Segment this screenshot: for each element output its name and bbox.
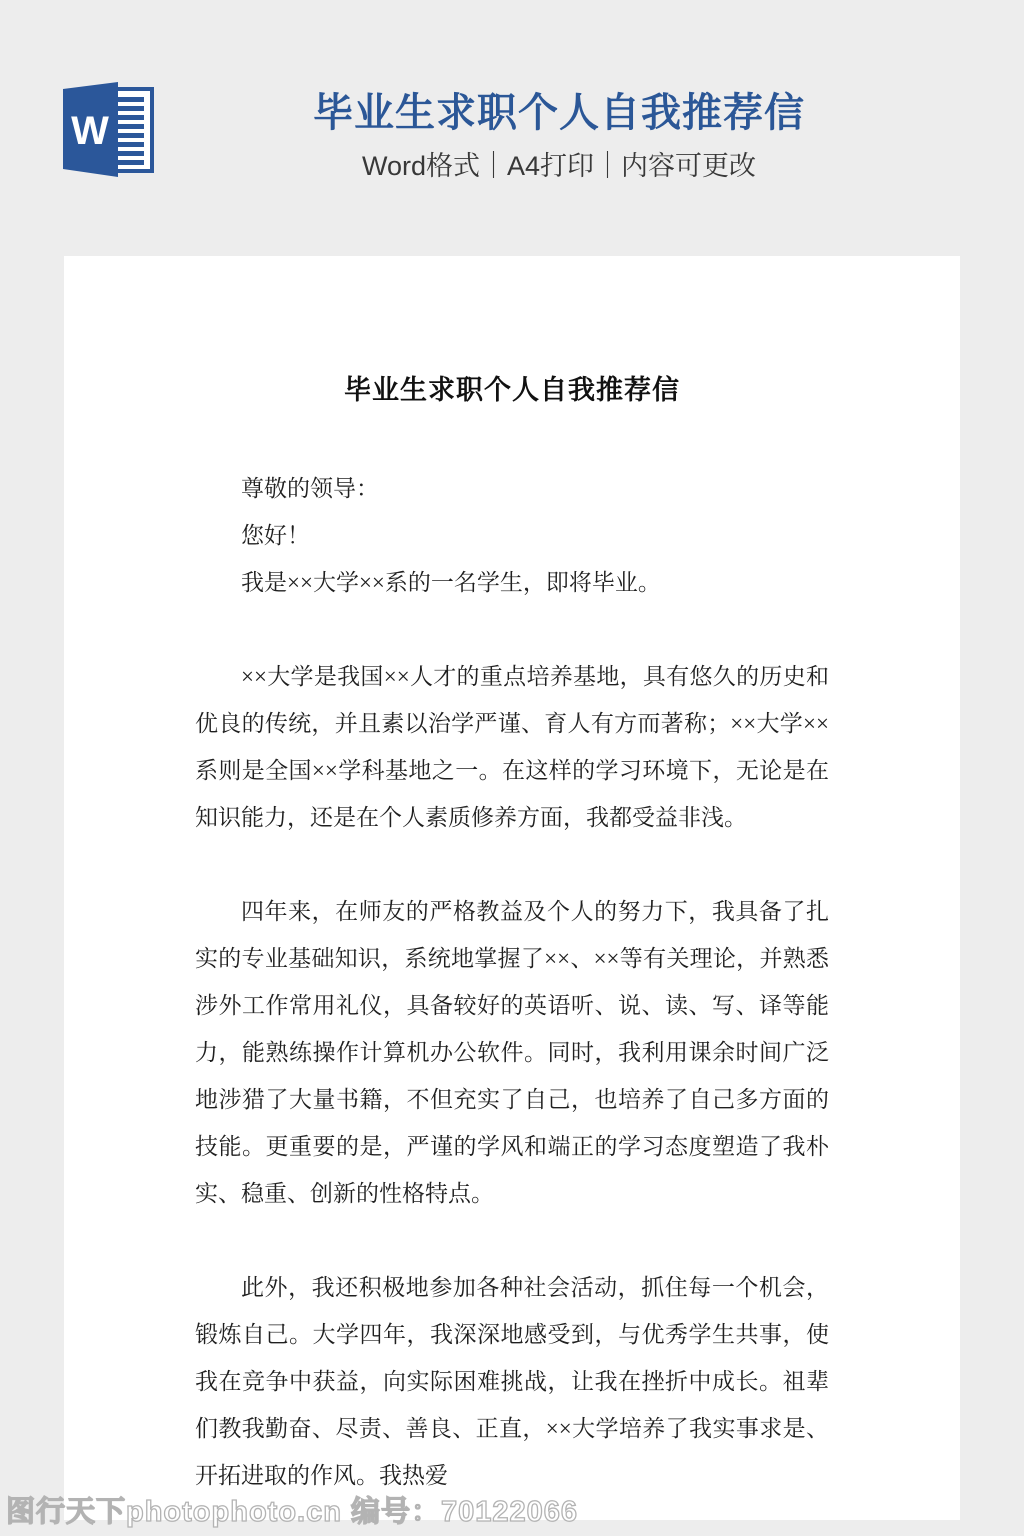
paragraph-university: ××大学是我国××人才的重点培养基地，具有悠久的历史和优良的传统，并且素以治学严… xyxy=(195,653,829,841)
document-content: 毕业生求职个人自我推荐信 尊敬的领导： 您好！ 我是××大学××系的一名学生，即… xyxy=(64,256,960,1520)
greeting-line-intro: 我是××大学××系的一名学生，即将毕业。 xyxy=(195,559,829,606)
word-icon: W xyxy=(60,82,158,178)
greeting-line-salutation: 尊敬的领导： xyxy=(195,465,829,512)
header-text: 毕业生求职个人自我推荐信 Word格式｜A4打印｜内容可更改 xyxy=(158,88,960,181)
greeting-line-hello: 您好！ xyxy=(195,512,829,559)
document-page: 毕业生求职个人自我推荐信 尊敬的领导： 您好！ 我是××大学××系的一名学生，即… xyxy=(64,256,960,1520)
watermark: 图行天下photophoto.cn 编号：70122066 xyxy=(6,1489,578,1530)
paragraph-activities: 此外，我还积极地参加各种社会活动，抓住每一个机会，锻炼自己。大学四年，我深深地感… xyxy=(195,1264,829,1499)
word-icon-letter: W xyxy=(71,109,109,153)
template-subtitle: Word格式｜A4打印｜内容可更改 xyxy=(158,151,960,181)
document-title: 毕业生求职个人自我推荐信 xyxy=(195,256,829,410)
header: W 毕业生求职个人自我推荐信 Word格式｜A4打印｜内容可更改 xyxy=(0,0,1024,256)
word-logo-svg: W xyxy=(60,82,158,178)
document-body: 尊敬的领导： 您好！ 我是××大学××系的一名学生，即将毕业。 ××大学是我国×… xyxy=(195,465,829,1499)
paragraph-skills: 四年来，在师友的严格教益及个人的努力下，我具备了扎实的专业基础知识，系统地掌握了… xyxy=(195,888,829,1217)
template-title: 毕业生求职个人自我推荐信 xyxy=(158,88,960,138)
template-preview: W 毕业生求职个人自我推荐信 Word格式｜A4打印｜内容可更改 毕业生求职个人… xyxy=(0,0,1024,1536)
